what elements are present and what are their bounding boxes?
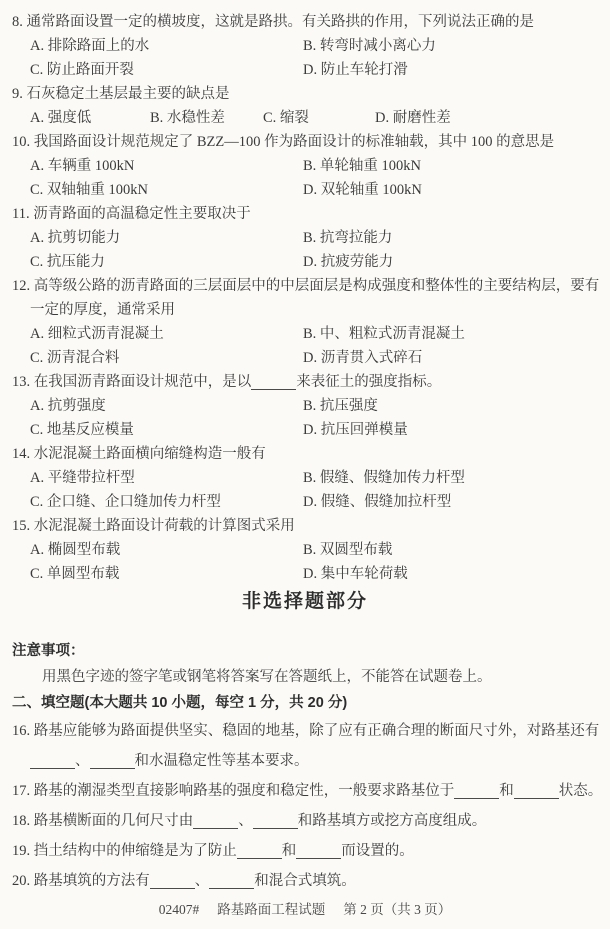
question-15-option-a: A. 椭圆型布载 xyxy=(30,538,303,562)
question-15-stem: 15. 水泥混凝土路面设计荷载的计算图式采用 xyxy=(0,514,610,538)
question-15-option-b: B. 双圆型布载 xyxy=(303,538,610,562)
question-12-stem-line2: 一定的厚度，通常采用 xyxy=(0,298,610,322)
question-11: 11. 沥青路面的高温稳定性主要取决于 A. 抗剪切能力 B. 抗弯拉能力 C.… xyxy=(0,202,610,274)
question-14-options: A. 平缝带拉杆型 B. 假缝、假缝加传力杆型 C. 企口缝、企口缝加传力杆型 … xyxy=(0,466,610,514)
question-15-options: A. 椭圆型布载 B. 双圆型布载 C. 单圆型布载 D. 集中车轮荷载 xyxy=(0,538,610,586)
question-13-options: A. 抗剪强度 B. 抗压强度 C. 地基反应模量 D. 抗压回弹模量 xyxy=(0,394,610,442)
answer-blank xyxy=(150,886,195,889)
footer-page-number: 第 2 页（共 3 页） xyxy=(343,900,451,920)
exam-page: 8. 通常路面设置一定的横坡度，这就是路拱。有关路拱的作用，下列说法正确的是 A… xyxy=(0,0,610,929)
question-14: 14. 水泥混凝土路面横向缩缝构造一般有 A. 平缝带拉杆型 B. 假缝、假缝加… xyxy=(0,442,610,514)
question-12-stem: 12. 高等级公路的沥青路面的三层面层中的中层面层是构成强度和整体性的主要结构层… xyxy=(0,274,610,298)
question-13-option-a: A. 抗剪强度 xyxy=(30,394,303,418)
answer-blank xyxy=(30,766,75,769)
question-9-option-a: A. 强度低 xyxy=(30,106,150,130)
question-13: 13. 在我国沥青路面设计规范中，是以来表征土的强度指标。 A. 抗剪强度 B.… xyxy=(0,370,610,442)
question-11-option-b: B. 抗弯拉能力 xyxy=(303,226,610,250)
fill-in-section: 16. 路基应能够为路面提供坚实、稳固的地基，除了应有正确合理的断面尺寸外，对路… xyxy=(0,716,610,896)
question-10: 10. 我国路面设计规范规定了 BZZ—100 作为路面设计的标准轴载，其中 1… xyxy=(0,130,610,202)
question-13-option-d: D. 抗压回弹模量 xyxy=(303,418,610,442)
question-12-option-d: D. 沥青贯入式碎石 xyxy=(303,346,610,370)
question-8-option-b: B. 转弯时减小离心力 xyxy=(303,34,610,58)
page-footer: 02407# 路基路面工程试题 第 2 页（共 3 页） xyxy=(0,900,610,920)
question-10-stem: 10. 我国路面设计规范规定了 BZZ—100 作为路面设计的标准轴载，其中 1… xyxy=(0,130,610,154)
question-14-option-d: D. 假缝、假缝加拉杆型 xyxy=(303,490,610,514)
footer-exam-code: 02407# xyxy=(159,900,200,920)
question-20: 20. 路基填筑的方法有、和混合式填筑。 xyxy=(0,866,610,896)
question-8-option-c: C. 防止路面开裂 xyxy=(30,58,303,82)
question-8-option-d: D. 防止车轮打滑 xyxy=(303,58,610,82)
question-15-option-d: D. 集中车轮荷载 xyxy=(303,562,610,586)
question-14-option-a: A. 平缝带拉杆型 xyxy=(30,466,303,490)
question-9-options: A. 强度低 B. 水稳性差 C. 缩裂 D. 耐磨性差 xyxy=(0,106,610,130)
question-8-options: A. 排除路面上的水 B. 转弯时减小离心力 C. 防止路面开裂 D. 防止车轮… xyxy=(0,34,610,82)
question-8: 8. 通常路面设置一定的横坡度，这就是路拱。有关路拱的作用，下列说法正确的是 A… xyxy=(0,10,610,82)
question-11-options: A. 抗剪切能力 B. 抗弯拉能力 C. 抗压能力 D. 抗疲劳能力 xyxy=(0,226,610,274)
answer-blank xyxy=(193,826,238,829)
question-10-option-a: A. 车辆重 100kN xyxy=(30,154,303,178)
question-11-option-d: D. 抗疲劳能力 xyxy=(303,250,610,274)
question-9: 9. 石灰稳定土基层最主要的缺点是 A. 强度低 B. 水稳性差 C. 缩裂 D… xyxy=(0,82,610,130)
footer-exam-title: 路基路面工程试题 xyxy=(217,900,325,920)
question-11-option-c: C. 抗压能力 xyxy=(30,250,303,274)
question-10-option-d: D. 双轮轴重 100kN xyxy=(303,178,610,202)
multiple-choice-section: 8. 通常路面设置一定的横坡度，这就是路拱。有关路拱的作用，下列说法正确的是 A… xyxy=(0,10,610,586)
answer-blank xyxy=(454,796,499,799)
answer-blank xyxy=(251,387,296,390)
answer-blank xyxy=(296,856,341,859)
question-10-options: A. 车辆重 100kN B. 单轮轴重 100kN C. 双轴轴重 100kN… xyxy=(0,154,610,202)
answer-blank xyxy=(209,886,254,889)
notes-body: 用黑色字迹的签字笔或钢笔将答案写在答题纸上，不能答在试题卷上。 xyxy=(0,664,610,690)
question-10-option-b: B. 单轮轴重 100kN xyxy=(303,154,610,178)
question-11-option-a: A. 抗剪切能力 xyxy=(30,226,303,250)
question-12-options: A. 细粒式沥青混凝土 B. 中、粗粒式沥青混凝土 C. 沥青混合料 D. 沥青… xyxy=(0,322,610,370)
question-9-option-b: B. 水稳性差 xyxy=(150,106,263,130)
notes-block: 注意事项： 用黑色字迹的签字笔或钢笔将答案写在答题纸上，不能答在试题卷上。 二、… xyxy=(0,638,610,716)
question-8-option-a: A. 排除路面上的水 xyxy=(30,34,303,58)
question-10-option-c: C. 双轴轴重 100kN xyxy=(30,178,303,202)
question-17: 17. 路基的潮湿类型直接影响路基的强度和稳定性，一般要求路基位于和状态。 xyxy=(0,776,610,806)
question-18: 18. 路基横断面的几何尺寸由、和路基填方或挖方高度组成。 xyxy=(0,806,610,836)
question-14-option-b: B. 假缝、假缝加传力杆型 xyxy=(303,466,610,490)
answer-blank xyxy=(90,766,135,769)
question-13-option-c: C. 地基反应模量 xyxy=(30,418,303,442)
question-14-option-c: C. 企口缝、企口缝加传力杆型 xyxy=(30,490,303,514)
question-9-option-d: D. 耐磨性差 xyxy=(375,106,610,130)
notes-heading: 注意事项： xyxy=(0,638,610,664)
answer-blank xyxy=(253,826,298,829)
question-11-stem: 11. 沥青路面的高温稳定性主要取决于 xyxy=(0,202,610,226)
question-13-option-b: B. 抗压强度 xyxy=(303,394,610,418)
question-15: 15. 水泥混凝土路面设计荷载的计算图式采用 A. 椭圆型布载 B. 双圆型布载… xyxy=(0,514,610,586)
question-12: 12. 高等级公路的沥青路面的三层面层中的中层面层是构成强度和整体性的主要结构层… xyxy=(0,274,610,370)
question-9-stem: 9. 石灰稳定土基层最主要的缺点是 xyxy=(0,82,610,106)
answer-blank xyxy=(237,856,282,859)
question-13-stem: 13. 在我国沥青路面设计规范中，是以来表征土的强度指标。 xyxy=(0,370,610,394)
question-15-option-c: C. 单圆型布载 xyxy=(30,562,303,586)
question-16: 16. 路基应能够为路面提供坚实、稳固的地基，除了应有正确合理的断面尺寸外，对路… xyxy=(0,716,610,746)
question-8-stem: 8. 通常路面设置一定的横坡度，这就是路拱。有关路拱的作用，下列说法正确的是 xyxy=(0,10,610,34)
question-12-option-b: B. 中、粗粒式沥青混凝土 xyxy=(303,322,610,346)
answer-blank xyxy=(514,796,559,799)
section-title: 非选择题部分 xyxy=(0,588,610,616)
question-16-line2: 、和水温稳定性等基本要求。 xyxy=(0,746,610,776)
question-9-option-c: C. 缩裂 xyxy=(263,106,375,130)
fill-section-heading: 二、填空题(本大题共 10 小题，每空 1 分，共 20 分) xyxy=(0,690,610,716)
question-12-option-a: A. 细粒式沥青混凝土 xyxy=(30,322,303,346)
question-12-option-c: C. 沥青混合料 xyxy=(30,346,303,370)
question-14-stem: 14. 水泥混凝土路面横向缩缝构造一般有 xyxy=(0,442,610,466)
question-19: 19. 挡土结构中的伸缩缝是为了防止和而设置的。 xyxy=(0,836,610,866)
